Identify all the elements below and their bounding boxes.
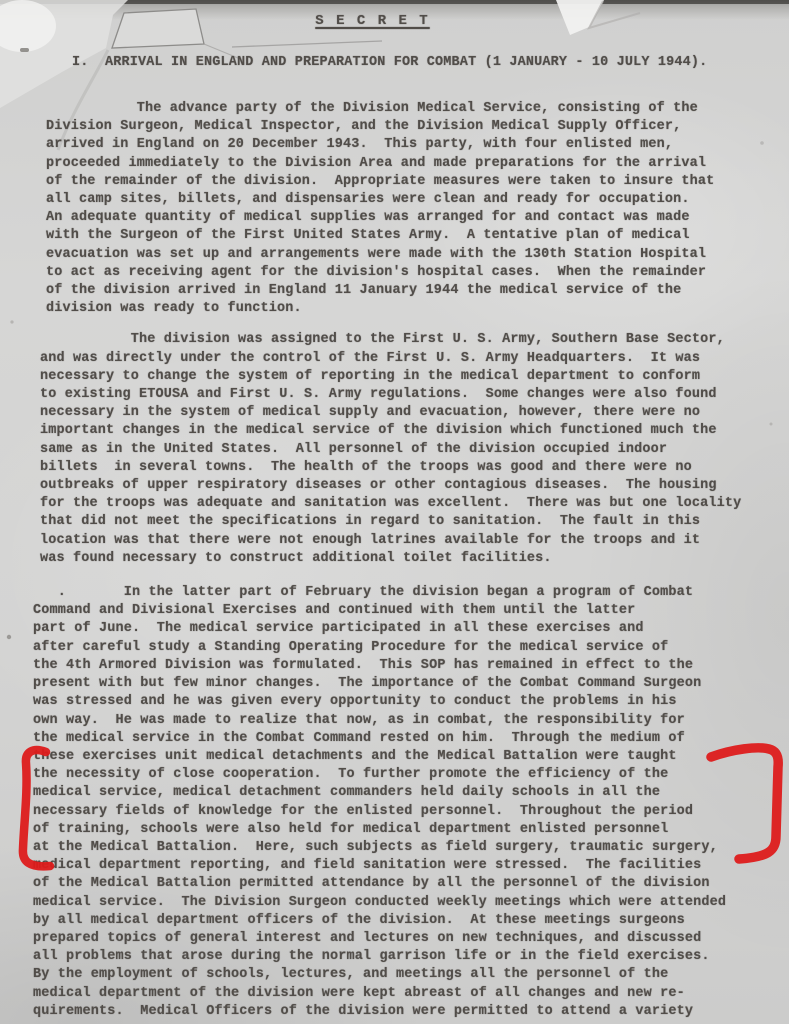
paragraph-training-exercises: . In the latter part of February the div…: [33, 584, 789, 1021]
scanned-document-page: S E C R E T I. ARRIVAL IN ENGLAND AND PR…: [0, 0, 789, 1024]
section-heading: I. ARRIVAL IN ENGLAND AND PREPARATION FO…: [72, 55, 707, 70]
paragraph-arrival-advance-party: The advance party of the Division Medica…: [46, 100, 789, 318]
dark-mark-topleft: [20, 48, 29, 52]
scan-top-edge: [0, 0, 789, 4]
document-body: The advance party of the Division Medica…: [0, 100, 789, 1021]
crease-line: [232, 41, 382, 47]
paragraph-division-assignment: The division was assigned to the First U…: [40, 331, 789, 568]
classification-header: S E C R E T: [0, 13, 767, 29]
